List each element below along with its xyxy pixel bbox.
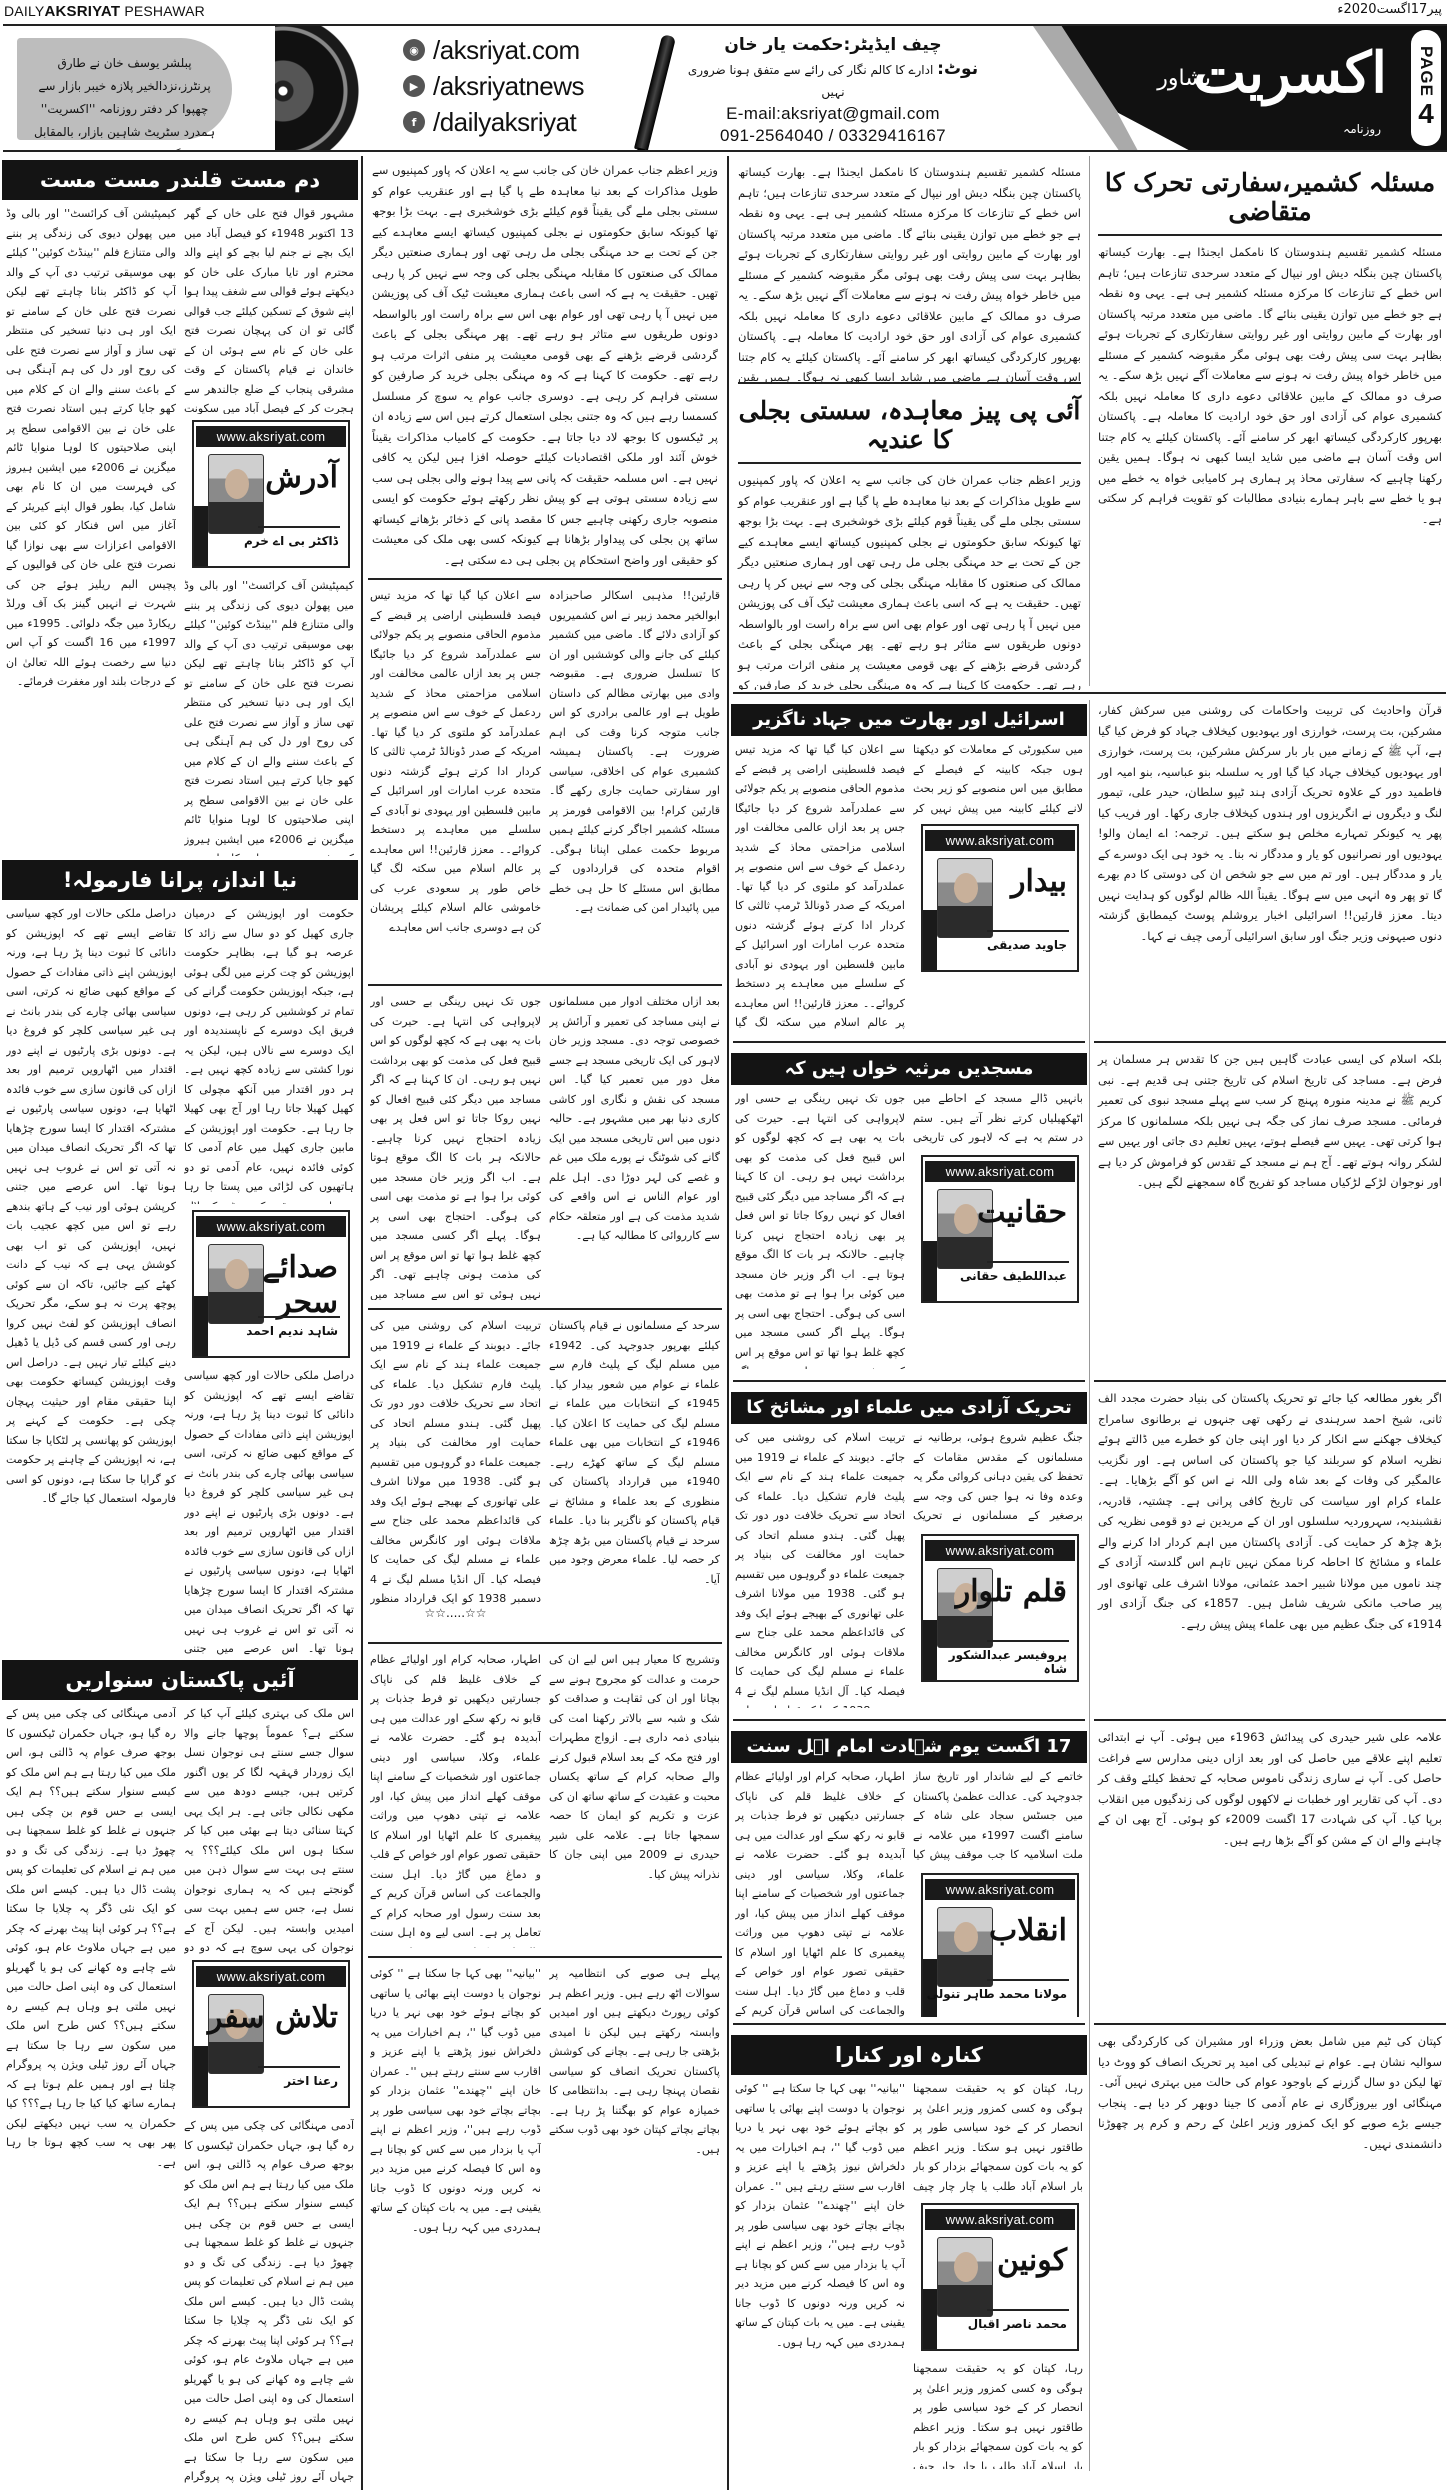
article-title: اسرائیل اور بھارت میں جہاد ناگزیر bbox=[731, 704, 1087, 736]
byline-site[interactable]: www.aksriyat.com bbox=[925, 1540, 1075, 1561]
page-number: 4 bbox=[1418, 98, 1434, 130]
section-divider bbox=[733, 1041, 1085, 1043]
byline-card: www.aksriyat.com قلم تلوار پروفیسر عبدال… bbox=[921, 1534, 1079, 1682]
column-article: تحریک آزادی میں علماء اور مشائخ کا کردار… bbox=[729, 1388, 1089, 1713]
note-text: ادارے کا کالم نگار کی رائے سے متفق ہونا … bbox=[688, 63, 933, 99]
article-title: 17 اگست یوم شہادت امام اہل سنت علامہ علی… bbox=[731, 1731, 1087, 1763]
article-text: دراصل ملکی حالات اور کچھ سیاسی تقاضے ایس… bbox=[6, 904, 176, 1654]
right-column: مسئلہ کشمیر،سفارتی تحرک کا متقاضی مسئلہ … bbox=[729, 156, 1450, 2490]
section-divider bbox=[1094, 1041, 1446, 1043]
globe-icon: ◉ bbox=[403, 39, 425, 61]
column-name: صدائے سحر bbox=[194, 1250, 338, 1320]
article-text: آدمی مہنگائی کی چکی میں پس کے رہ گیا ہو،… bbox=[6, 1704, 176, 2490]
section-divider bbox=[368, 984, 722, 986]
newspaper-logo: اکسریت bbox=[1193, 40, 1387, 106]
author-name: محمد ناصر اقبال bbox=[968, 2317, 1067, 2331]
column-article: مسجدیں مرثیہ خواں ہیں کہ بانہیں ڈالے مسج… bbox=[729, 1049, 1089, 1374]
article-text: جوں تک نہیں رینگی بے حسی اور لاپرواہی کی… bbox=[735, 1089, 905, 1369]
byline-site[interactable]: www.aksriyat.com bbox=[196, 1966, 346, 1987]
article-text: اطہار، صحابہ کرام اور اولیائے عظام کے خل… bbox=[735, 1767, 905, 2017]
article-text: جنگ عظیم شروع ہوئی، برطانیہ نے مسلمانوں … bbox=[913, 1428, 1083, 1528]
section-divider bbox=[733, 692, 1446, 694]
column-separator bbox=[361, 156, 363, 2490]
top-strip: DAILYAKSRIYAT PESHAWAR پیر17اگست2020ء bbox=[0, 0, 1450, 24]
byline-site[interactable]: www.aksriyat.com bbox=[925, 1879, 1075, 1900]
byline-card: www.aksriyat.com انقلاب مولانا محمد طاہر… bbox=[921, 1873, 1079, 2017]
author-name: مولانا محمد طاہر تنولی bbox=[927, 1987, 1067, 2001]
author-name: پروفیسر عبدالشکور شاہ bbox=[923, 1648, 1067, 1676]
column-article: کنارہ اور کنارا رہا، کپتان کو یہ حقیقت س… bbox=[729, 2031, 1089, 2471]
article-text: بعد ازاں مختلف ادوار میں مسلمانوں نے اپن… bbox=[549, 992, 720, 1300]
article-text: خاتمے کے لیے شاندار اور تاریخ ساز جدوجہد… bbox=[913, 1767, 1083, 1867]
article-title: آئیں پاکستان سنواریں bbox=[2, 1660, 358, 1700]
card-corner bbox=[923, 910, 937, 970]
byline-card: www.aksriyat.com بیدار جاوید صدیقی bbox=[921, 824, 1079, 972]
social-link-youtube[interactable]: ▶ /aksriyatnews bbox=[403, 68, 584, 104]
logo-city: پشاور bbox=[1157, 66, 1211, 91]
editorial-headline-2: آئی پی پیز معاہدہ، سستی بجلی کا عندیہ bbox=[738, 382, 1081, 464]
editorial-text: وزیر اعظم جناب عمران خان کی جانب سے یہ ا… bbox=[730, 470, 1089, 690]
column-article: نیا انداز، پرانا فارمولہ! حکومت اور اپوز… bbox=[0, 856, 360, 1656]
facebook-icon: f bbox=[403, 111, 425, 133]
article-text: سرحد کے مسلمانوں نے قیام پاکستان کیلئے ب… bbox=[549, 1316, 720, 1634]
article-text: بلکہ اسلام کی ایسی عبادت گاہیں ہیں جن کا… bbox=[1090, 1049, 1450, 1374]
article-text: دراصل ملکی حالات اور کچھ سیاسی تقاضے ایس… bbox=[184, 1366, 354, 1656]
contact-email[interactable]: E-mail:aksriyat@gmail.com bbox=[683, 103, 983, 125]
card-divider bbox=[258, 2066, 340, 2068]
social-text: /dailyaksriyat bbox=[433, 107, 576, 138]
author-name: جاوید صدیقی bbox=[987, 938, 1067, 952]
article-text: اس ملک کی بہتری کیلئے آپ کیا کر سکتے ہے؟… bbox=[184, 1704, 354, 1954]
author-name: شاہد ندیم احمد bbox=[246, 1324, 338, 1338]
masthead: پبلشر یوسف خان نے طارق پرنٹرز،نزدالخیر پ… bbox=[3, 24, 1447, 152]
social-link-facebook[interactable]: f /dailyaksriyat bbox=[403, 104, 584, 140]
section-divider bbox=[368, 1308, 722, 1310]
issue-date: پیر17اگست2020ء bbox=[1337, 2, 1442, 17]
byline-site[interactable]: www.aksriyat.com bbox=[925, 1161, 1075, 1182]
byline-card: www.aksriyat.com آدرش ڈاکٹر بی اے خرم bbox=[192, 420, 350, 568]
article-text: ''بیانیہ'' بھی کہا جا سکتا ہے '' کوئی نو… bbox=[735, 2079, 905, 2469]
author-name: رعنا اختر bbox=[284, 2074, 338, 2088]
card-corner bbox=[194, 506, 208, 566]
editorial-headline: مسئلہ کشمیر،سفارتی تحرک کا متقاضی bbox=[1098, 156, 1442, 236]
brand-city: PESHAWAR bbox=[124, 3, 205, 19]
social-link-website[interactable]: ◉ /aksriyat.com bbox=[403, 32, 584, 68]
logo-roznama: روزنامہ bbox=[1343, 122, 1381, 136]
newspaper-brand: DAILYAKSRIYAT PESHAWAR bbox=[4, 3, 205, 20]
youtube-icon: ▶ bbox=[403, 75, 425, 97]
card-divider bbox=[987, 1261, 1069, 1263]
page-number-tag: PAGE 4 bbox=[1411, 30, 1441, 146]
editorial-section: مسئلہ کشمیر،سفارتی تحرک کا متقاضی مسئلہ … bbox=[729, 156, 1450, 686]
card-corner bbox=[923, 1241, 937, 1301]
article-text: قارئین!! مذہبی اسکالر صاحبزادہ ابوالخیر … bbox=[549, 586, 720, 976]
section-divider bbox=[1094, 1380, 1446, 1382]
article-text: آدمی مہنگائی کی چکی میں پس کے رہ گیا ہو،… bbox=[184, 2116, 354, 2490]
section-divider bbox=[368, 1642, 722, 1644]
article-text: اطہار، صحابہ کرام اور اولیائے عظام کے خل… bbox=[370, 1650, 541, 1948]
article-text: تربیت اسلام کی روشنی میں کی جائے۔ دیوبند… bbox=[735, 1428, 905, 1708]
card-corner bbox=[923, 2289, 937, 2349]
article-text: میں سکیورٹی کے معاملات کو دیکھتا ہوں جبک… bbox=[913, 740, 1083, 818]
article-text: ''بیانیہ'' بھی کہا جا سکتا ہے '' کوئی نو… bbox=[370, 1964, 541, 2402]
section-divider bbox=[368, 1956, 722, 1958]
middle-column: وزیر اعظم جناب عمران خان کی جانب سے یہ ا… bbox=[364, 156, 726, 2490]
article-text: کیمپٹیشن آف کرائسٹ'' اور بالی وڈ میں پھو… bbox=[6, 204, 176, 856]
article-title: دم مست قلندر مست مست bbox=[2, 160, 358, 200]
author-photo bbox=[937, 2237, 993, 2317]
editorial-text: مسئلہ کشمیر تقسیم ہندوستان کا نامکمل ایج… bbox=[1090, 242, 1450, 692]
column-name: تلاش سفر bbox=[208, 2000, 338, 2035]
byline-site[interactable]: www.aksriyat.com bbox=[196, 1216, 346, 1237]
article-text: سے اعلان کیا گیا تھا کہ مزید تیس فیصد فل… bbox=[370, 586, 541, 976]
article-title: نیا انداز، پرانا فارمولہ! bbox=[2, 860, 358, 900]
article-title: مسجدیں مرثیہ خواں ہیں کہ bbox=[731, 1053, 1087, 1085]
section-divider bbox=[1094, 1719, 1446, 1721]
article-text: حکومت اور اپوزیشن کے درمیان جاری کھیل کو… bbox=[184, 904, 354, 1204]
byline-card: www.aksriyat.com کونین محمد ناصر اقبال bbox=[921, 2203, 1079, 2351]
social-text: /aksriyat.com bbox=[433, 35, 580, 66]
author-name: ڈاکٹر بی اے خرم bbox=[244, 534, 338, 548]
card-divider bbox=[258, 1316, 340, 1318]
column-name: قلم تلوار bbox=[956, 1574, 1067, 1609]
author-photo bbox=[937, 1907, 993, 1987]
section-divider bbox=[733, 2023, 1085, 2025]
chief-editor: چیف ایڈیٹر:حکمت یار خان bbox=[683, 32, 983, 58]
byline-card: www.aksriyat.com حقانیت عبداللطیف حقانی bbox=[921, 1155, 1079, 1303]
card-divider bbox=[987, 1979, 1069, 1981]
card-divider bbox=[987, 930, 1069, 932]
social-links: ◉ /aksriyat.com ▶ /aksriyatnews f /daily… bbox=[403, 32, 584, 140]
article-text: پہلے ہی صوبے کی انتظامیہ پر سوالات اٹھ ر… bbox=[549, 1964, 720, 2402]
contact-phone: 091-2564040 / 03329416167 bbox=[683, 125, 983, 147]
article-text: علامہ علی شیر حیدری کی پیدائش 1963ء میں … bbox=[1090, 1727, 1450, 2017]
column-article: اسرائیل اور بھارت میں جہاد ناگزیر میں سک… bbox=[729, 700, 1089, 1035]
brand-name: AKSRIYAT bbox=[44, 3, 120, 20]
column-name: کونین bbox=[997, 2243, 1067, 2278]
column-article: دم مست قلندر مست مست مشہور قوال فتح علی … bbox=[0, 156, 360, 856]
end-stars: ☆☆.....☆☆ bbox=[370, 1606, 541, 1620]
column-article: 17 اگست یوم شہادت امام اہل سنت علامہ علی… bbox=[729, 1727, 1089, 2017]
author-photo bbox=[937, 858, 993, 938]
author-name: عبداللطیف حقانی bbox=[960, 1269, 1067, 1283]
column-name: انقلاب bbox=[989, 1913, 1067, 1948]
article-text: رہا، کپتان کو یہ حقیقت سمجھنا ہوگی وہ کس… bbox=[913, 2359, 1083, 2469]
card-divider bbox=[987, 1640, 1069, 1642]
author-photo bbox=[208, 454, 264, 534]
section-divider bbox=[733, 1380, 1085, 1382]
section-divider bbox=[733, 1719, 1085, 1721]
article-text: کپتان کی ٹیم میں شامل بعض وزراء اور مشیر… bbox=[1090, 2031, 1450, 2471]
editorial-text: مسئلہ کشمیر تقسیم ہندوستان کا نامکمل ایج… bbox=[730, 162, 1089, 382]
page-word: PAGE bbox=[1416, 46, 1436, 97]
editorial-continuation: وزیر اعظم جناب عمران خان کی جانب سے یہ ا… bbox=[364, 160, 726, 572]
note-label: نوٹ: bbox=[937, 59, 978, 79]
section-divider bbox=[368, 578, 722, 580]
left-column: دم مست قلندر مست مست مشہور قوال فتح علی … bbox=[0, 156, 360, 2490]
article-title: کنارہ اور کنارا bbox=[731, 2035, 1087, 2075]
card-corner bbox=[194, 2046, 208, 2106]
brand-prefix: DAILY bbox=[4, 3, 44, 19]
card-divider bbox=[987, 2309, 1069, 2311]
column-name: بیدار bbox=[1011, 864, 1067, 899]
fountain-pen-icon bbox=[634, 34, 676, 152]
article-text: مشہور قوال فتح علی خاں کے گھر 13 اکتوبر … bbox=[184, 204, 354, 414]
article-text: کیمپٹیشن آف کرائسٹ'' اور بالی وڈ میں پھو… bbox=[184, 576, 354, 856]
article-text: اگر بغور مطالعہ کیا جائے تو تحریک پاکستا… bbox=[1090, 1388, 1450, 1713]
article-text: قرآن واحادیث کی تربیت واحکامات کی روشنی … bbox=[1090, 700, 1450, 1035]
byline-site[interactable]: www.aksriyat.com bbox=[196, 426, 346, 447]
article-text: رہا، کپتان کو یہ حقیقت سمجھنا ہوگی وہ کس… bbox=[913, 2079, 1083, 2197]
byline-site[interactable]: www.aksriyat.com bbox=[925, 2209, 1075, 2230]
card-divider bbox=[258, 526, 340, 528]
editor-info: چیف ایڈیٹر:حکمت یار خان نوٹ: ادارے کا کا… bbox=[683, 32, 983, 147]
byline-site[interactable]: www.aksriyat.com bbox=[925, 830, 1075, 851]
column-article: آئیں پاکستان سنواریں اس ملک کی بہتری کیل… bbox=[0, 1656, 360, 2490]
column-name: حقانیت bbox=[977, 1195, 1067, 1230]
section-divider bbox=[1094, 2023, 1446, 2025]
article-title: تحریک آزادی میں علماء اور مشائخ کا کردار bbox=[731, 1392, 1087, 1424]
article-text: تربیت اسلام کی روشنی میں کی جائے۔ دیوبند… bbox=[370, 1316, 541, 1606]
publisher-note: پبلشر یوسف خان نے طارق پرنٹرز،نزدالخیر پ… bbox=[17, 38, 232, 140]
article-text: وتشریح کا معیار ہیں اس لیے ان کی حرمت و … bbox=[549, 1650, 720, 1948]
byline-card: www.aksriyat.com تلاش سفر رعنا اختر bbox=[192, 1960, 350, 2108]
article-text: جوں تک نہیں رینگی بے حسی اور لاپرواہی کی… bbox=[370, 992, 541, 1300]
disclaimer: نوٹ: ادارے کا کالم نگار کی رائے سے متفق … bbox=[683, 58, 983, 103]
social-text: /aksriyatnews bbox=[433, 71, 584, 102]
article-text: بانہیں ڈالے مسجد کے احاطے میں اٹھکھیلیاں… bbox=[913, 1089, 1083, 1149]
byline-card: www.aksriyat.com صدائے سحر شاہد ندیم احم… bbox=[192, 1210, 350, 1358]
column-name: آدرش bbox=[265, 460, 338, 495]
article-text: سے اعلان کیا گیا تھا کہ مزید تیس فیصد فل… bbox=[735, 740, 905, 1030]
